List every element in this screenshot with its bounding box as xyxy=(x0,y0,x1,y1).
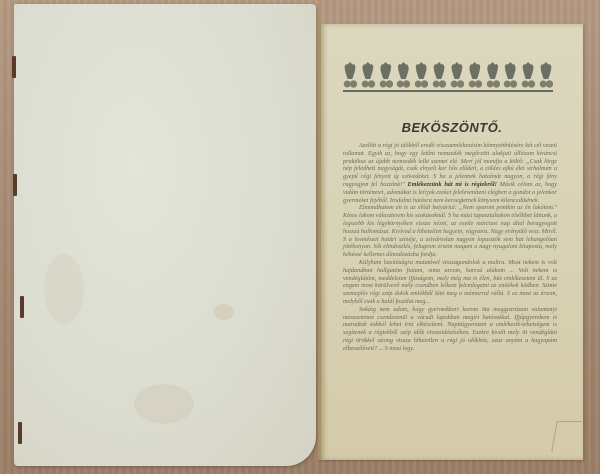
paper-stain xyxy=(214,304,234,320)
ornament-leaf-icon xyxy=(396,62,410,88)
paper-stain xyxy=(134,384,194,424)
ornament-leaf-icon xyxy=(450,62,464,88)
ornament-leaf-icon xyxy=(343,62,357,88)
paragraph: Kályham hasításágra mutatóvel visszagond… xyxy=(343,259,557,306)
staple-icon xyxy=(12,56,16,78)
staple-icon xyxy=(20,296,24,318)
ornament-leaf-icon xyxy=(503,62,517,88)
paper-stain xyxy=(44,254,84,324)
ornament-leaf-icon xyxy=(468,62,482,88)
ornament-leaf-icon xyxy=(486,62,500,88)
ornament-leaf-icon xyxy=(432,62,446,88)
paragraph: Sokáig nem adom, hogy gyermekkori korom … xyxy=(343,306,557,353)
ornament-leaf-icon xyxy=(379,62,393,88)
paragraph: Azelőtt a régi jó időkből eredő visszaem… xyxy=(343,142,557,204)
page-corner-fold xyxy=(551,421,581,452)
staple-icon xyxy=(13,174,17,196)
page-title: BEKÖSZÖNTŐ. xyxy=(321,120,583,135)
paragraph: Elmondhatom én is az elődi betyáriul: „N… xyxy=(343,204,557,259)
ornament-leaf-icon xyxy=(521,62,535,88)
ornament-leaf-icon xyxy=(539,62,553,88)
ornament-rule xyxy=(343,90,553,92)
floral-border-ornament xyxy=(343,58,553,88)
body-text: Azelőtt a régi jó időkből eredő visszaem… xyxy=(343,142,557,353)
ornament-leaf-icon xyxy=(414,62,428,88)
left-page-blank xyxy=(14,4,316,466)
ornament-leaf-icon xyxy=(361,62,375,88)
right-page-text: BEKÖSZÖNTŐ. Azelőtt a régi jó időkből er… xyxy=(318,24,583,460)
emphasized-text: Emlékezzünk hát mi is régiekről! xyxy=(408,181,497,188)
staple-icon xyxy=(18,422,22,444)
